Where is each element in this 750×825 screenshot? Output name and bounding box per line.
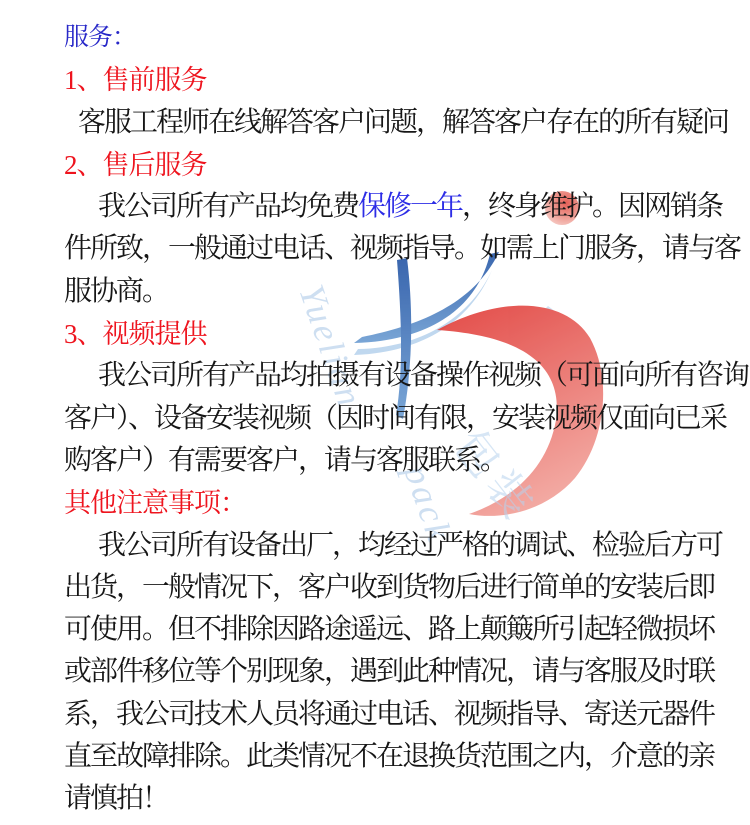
body-text: 可使用。但不排除因路途遥远、路上颠簸所引起轻微损坏	[64, 614, 714, 645]
warranty-highlight-text: 保修一年	[358, 191, 462, 222]
paragraph-line: 购客户）有需要客户，请与客服联系。	[64, 440, 740, 482]
heading-other-notes: 其他注意事项：	[64, 482, 740, 524]
body-text: 或部件移位等个别现象，遇到此种情况，请与客服及时联	[64, 656, 714, 687]
body-text: 请慎拍！	[64, 783, 168, 814]
heading-video-provision: 3、视频提供	[64, 313, 740, 355]
heading-text: 3、视频提供	[64, 319, 207, 349]
body-text: 客户）、设备安装视频（因时间有限，安装视频仅面向已采	[64, 403, 726, 434]
heading-text: 1、售前服务	[64, 65, 207, 95]
paragraph-line: 服协商。	[64, 271, 740, 313]
body-text: 件所致，一般通过电话、视频指导。如需上门服务，请与客	[64, 233, 740, 264]
body-text: 购客户）有需要客户，请与客服联系。	[64, 445, 506, 476]
heading-text: 其他注意事项：	[64, 488, 246, 518]
service-description-page: Yuelian pack 包装 服务： 1、售前服务 客服工程师在线解答客户问题…	[0, 0, 750, 825]
body-text: 客服工程师在线解答客户问题，解答客户存在的所有疑问	[78, 107, 728, 138]
body-text: 我公司所有产品均拍摄有设备操作视频（可面向所有咨询	[98, 360, 748, 391]
heading-aftersale-service: 2、售后服务	[64, 144, 740, 186]
body-text: ，终身维护。因网销条	[462, 191, 722, 222]
body-text: 出货，一般情况下，客户收到货物后进行简单的安装后即	[64, 572, 714, 603]
paragraph-line: 直至故障排除。此类情况不在退换货范围之内，介意的亲	[64, 736, 740, 778]
paragraph-line: 客服工程师在线解答客户问题，解答客户存在的所有疑问	[64, 102, 740, 144]
paragraph-line: 我公司所有设备出厂，均经过严格的调试、检验后方可	[64, 525, 740, 567]
paragraph-line: 客户）、设备安装视频（因时间有限，安装视频仅面向已采	[64, 398, 740, 440]
paragraph-line: 我公司所有产品均免费保修一年，终身维护。因网销条	[64, 186, 740, 228]
heading-presale-service: 1、售前服务	[64, 59, 740, 101]
body-text: 系，我公司技术人员将通过电话、视频指导、寄送元器件	[64, 699, 714, 730]
page-title: 服务：	[64, 17, 740, 59]
title-text: 服务：	[64, 24, 136, 51]
paragraph-line: 系，我公司技术人员将通过电话、视频指导、寄送元器件	[64, 694, 740, 736]
paragraph-line: 我公司所有产品均拍摄有设备操作视频（可面向所有咨询	[64, 355, 740, 397]
paragraph-line: 出货，一般情况下，客户收到货物后进行简单的安装后即	[64, 567, 740, 609]
paragraph-line: 或部件移位等个别现象，遇到此种情况，请与客服及时联	[64, 651, 740, 693]
service-text-block: 服务： 1、售前服务 客服工程师在线解答客户问题，解答客户存在的所有疑问 2、售…	[64, 17, 740, 821]
body-text: 我公司所有产品均免费	[98, 191, 358, 222]
paragraph-line: 可使用。但不排除因路途遥远、路上颠簸所引起轻微损坏	[64, 609, 740, 651]
paragraph-line: 请慎拍！	[64, 778, 740, 820]
body-text: 直至故障排除。此类情况不在退换货范围之内，介意的亲	[64, 741, 714, 772]
body-text: 服协商。	[64, 276, 168, 307]
paragraph-line: 件所致，一般通过电话、视频指导。如需上门服务，请与客	[64, 228, 740, 270]
heading-text: 2、售后服务	[64, 150, 207, 180]
body-text: 我公司所有设备出厂，均经过严格的调试、检验后方可	[98, 530, 722, 561]
